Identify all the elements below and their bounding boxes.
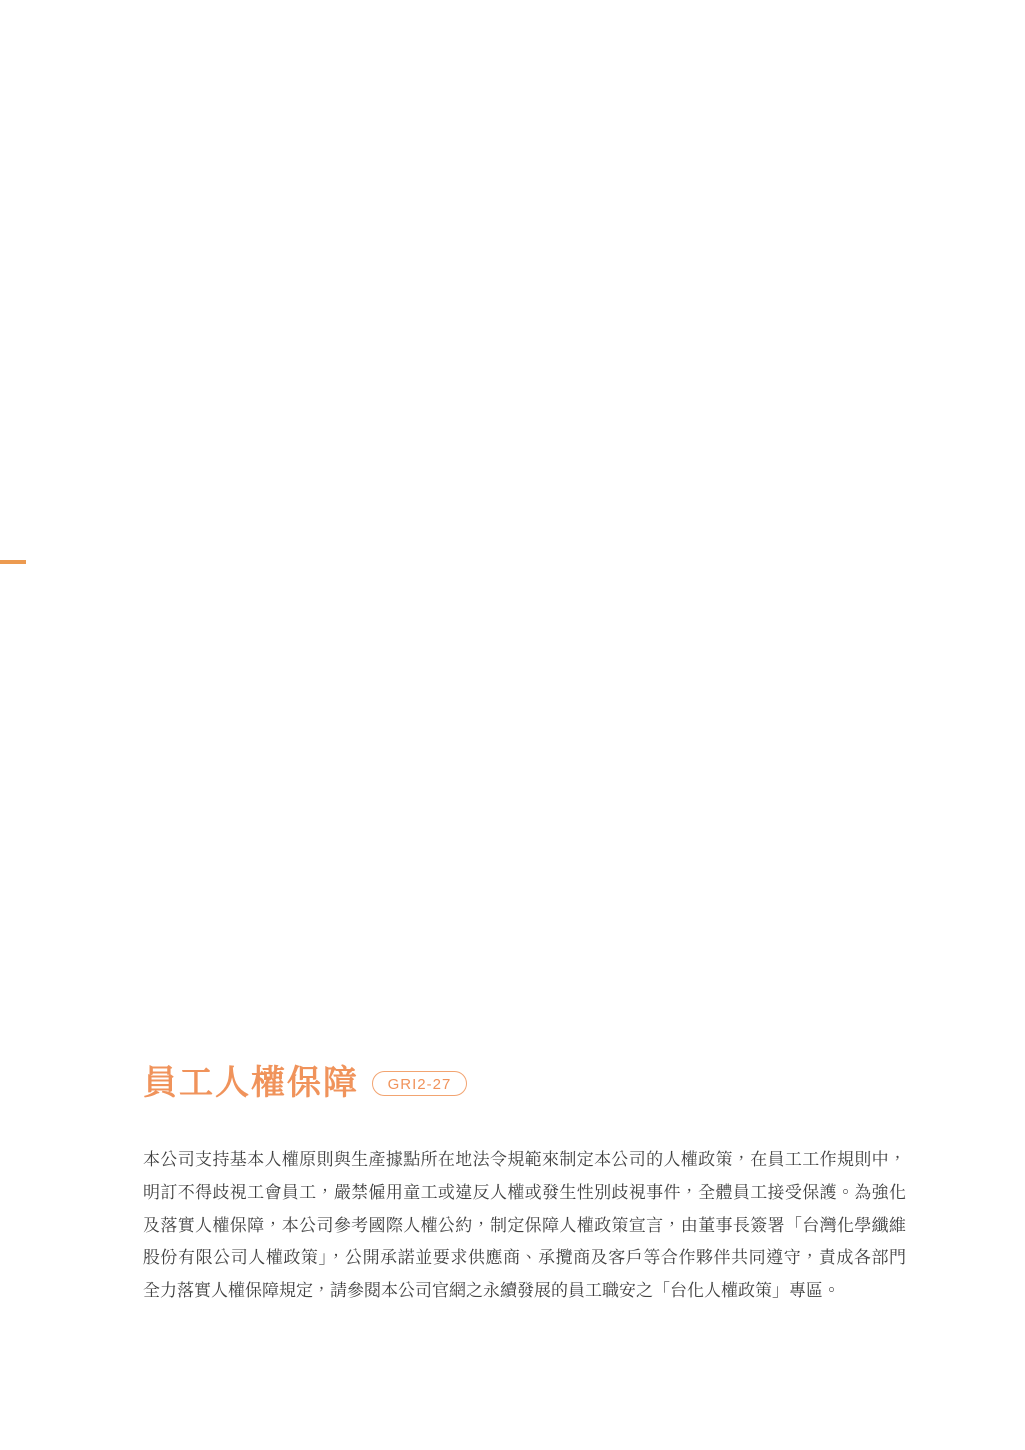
report-page: 員工人權保障 GRI2-27 本公司支持基本人權原則與生產據點所在地法令規範來制… — [0, 0, 1025, 1450]
paragraph-line: 及落實人權保障，本公司參考國際人權公約，制定保障人權政策宣言，由董事長簽署「台灣… — [143, 1210, 906, 1243]
paragraph-line: 股份有限公司人權政策」，公開承諾並要求供應商、承攬商及客戶等合作夥伴共同遵守，責… — [143, 1242, 906, 1275]
left-margin-accent-rule — [0, 560, 26, 564]
paragraph-line: 全力落實人權保障規定，請參閱本公司官網之永續發展的員工職安之「台化人權政策」專區… — [143, 1275, 906, 1308]
gri-standard-badge: GRI2-27 — [372, 1071, 467, 1096]
section-title: 員工人權保障 — [143, 1064, 359, 1103]
paragraph-line: 本公司支持基本人權原則與生產據點所在地法令規範來制定本公司的人權政策，在員工工作… — [143, 1144, 906, 1177]
body-paragraph: 本公司支持基本人權原則與生產據點所在地法令規範來制定本公司的人權政策，在員工工作… — [143, 1144, 906, 1308]
paragraph-line: 明訂不得歧視工會員工，嚴禁僱用童工或違反人權或發生性別歧視事件，全體員工接受保護… — [143, 1177, 906, 1210]
section-heading: 員工人權保障 GRI2-27 — [143, 1064, 467, 1103]
